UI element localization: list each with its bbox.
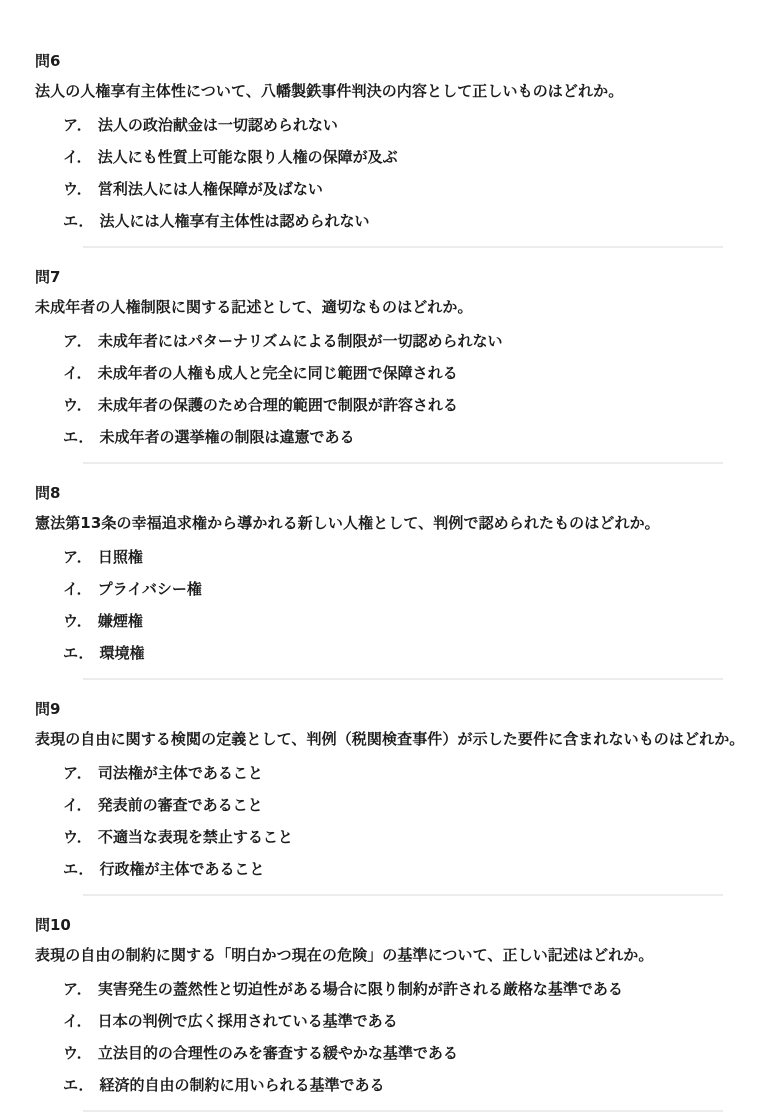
option-text: 未成年者の保護のため合理的範囲で制限が許容される	[98, 394, 458, 416]
option-item: エ． 未成年者の選挙権の制限は違憲である	[63, 426, 752, 448]
option-text: プライバシー権	[98, 578, 202, 600]
option-marker: エ．	[63, 210, 93, 232]
question-number: 問10	[35, 914, 752, 936]
option-marker: イ．	[63, 362, 92, 384]
option-item: ウ． 営利法人には人権保障が及ばない	[63, 178, 752, 200]
option-item: ウ． 立法目的の合理性のみを審査する緩やかな基準である	[63, 1042, 752, 1064]
option-item: ア． 法人の政治献金は一切認められない	[63, 114, 752, 136]
option-text: 実害発生の蓋然性と切迫性がある場合に限り制約が許される厳格な基準である	[98, 978, 623, 1000]
option-text: 日照権	[98, 546, 143, 568]
option-item: イ． 未成年者の人権も成人と完全に同じ範囲で保障される	[63, 362, 752, 384]
option-item: エ． 経済的自由の制約に用いられる基準である	[63, 1074, 752, 1096]
question-text: 未成年者の人権制限に関する記述として、適切なものはどれか。	[35, 296, 752, 318]
option-text: 嫌煙権	[98, 610, 143, 632]
option-marker: エ．	[63, 858, 93, 880]
option-text: 営利法人には人権保障が及ばない	[98, 178, 323, 200]
option-marker: ア．	[63, 114, 92, 136]
option-marker: ア．	[63, 330, 92, 352]
option-text: 未成年者の選挙権の制限は違憲である	[99, 426, 354, 448]
option-text: 未成年者にはパターナリズムによる制限が一切認められない	[98, 330, 503, 352]
option-text: 法人の政治献金は一切認められない	[98, 114, 338, 136]
options-list: ア． 法人の政治献金は一切認められない イ． 法人にも性質上可能な限り人権の保障…	[35, 114, 752, 232]
option-item: ウ． 不適当な表現を禁止すること	[63, 826, 752, 848]
option-marker: エ．	[63, 1074, 93, 1096]
option-item: イ． 法人にも性質上可能な限り人権の保障が及ぶ	[63, 146, 752, 168]
option-marker: ウ．	[63, 610, 92, 632]
option-marker: ア．	[63, 546, 92, 568]
option-text: 不適当な表現を禁止すること	[98, 826, 293, 848]
option-marker: ア．	[63, 978, 92, 1000]
option-text: 日本の判例で広く採用されている基準である	[98, 1010, 398, 1032]
quiz-document-page: 問6 法人の人権享有主体性について、八幡製鉄事件判決の内容として正しいものはどれ…	[0, 0, 760, 1112]
option-marker: ア．	[63, 762, 92, 784]
options-list: ア． 司法権が主体であること イ． 発表前の審査であること ウ． 不適当な表現を…	[35, 762, 752, 880]
options-list: ア． 実害発生の蓋然性と切迫性がある場合に限り制約が許される厳格な基準である イ…	[35, 978, 752, 1096]
question-block-9: 問9 表現の自由に関する検閲の定義として、判例（税関検査事件）が示した要件に含ま…	[35, 680, 752, 896]
question-number: 問7	[35, 266, 752, 288]
option-marker: エ．	[63, 642, 93, 664]
option-item: ウ． 嫌煙権	[63, 610, 752, 632]
question-number: 問8	[35, 482, 752, 504]
question-number: 問6	[35, 50, 752, 72]
option-text: 発表前の審査であること	[98, 794, 263, 816]
question-block-7: 問7 未成年者の人権制限に関する記述として、適切なものはどれか。 ア． 未成年者…	[35, 248, 752, 464]
option-text: 環境権	[99, 642, 144, 664]
option-text: 行政権が主体であること	[99, 858, 264, 880]
option-text: 未成年者の人権も成人と完全に同じ範囲で保障される	[98, 362, 458, 384]
option-item: ア． 日照権	[63, 546, 752, 568]
option-marker: エ．	[63, 426, 93, 448]
option-item: エ． 行政権が主体であること	[63, 858, 752, 880]
options-list: ア． 未成年者にはパターナリズムによる制限が一切認められない イ． 未成年者の人…	[35, 330, 752, 448]
question-block-6: 問6 法人の人権享有主体性について、八幡製鉄事件判決の内容として正しいものはどれ…	[35, 32, 752, 248]
option-text: 法人には人権享有主体性は認められない	[99, 210, 369, 232]
option-marker: ウ．	[63, 1042, 92, 1064]
question-text: 表現の自由の制約に関する「明白かつ現在の危険」の基準について、正しい記述はどれか…	[35, 944, 752, 966]
option-marker: イ．	[63, 1010, 92, 1032]
option-item: イ． 日本の判例で広く採用されている基準である	[63, 1010, 752, 1032]
option-text: 経済的自由の制約に用いられる基準である	[99, 1074, 384, 1096]
option-item: ウ． 未成年者の保護のため合理的範囲で制限が許容される	[63, 394, 752, 416]
option-item: ア． 司法権が主体であること	[63, 762, 752, 784]
option-marker: イ．	[63, 578, 92, 600]
option-marker: イ．	[63, 146, 92, 168]
option-item: エ． 環境権	[63, 642, 752, 664]
question-text: 法人の人権享有主体性について、八幡製鉄事件判決の内容として正しいものはどれか。	[35, 80, 752, 102]
option-item: ア． 未成年者にはパターナリズムによる制限が一切認められない	[63, 330, 752, 352]
question-text: 表現の自由に関する検閲の定義として、判例（税関検査事件）が示した要件に含まれない…	[35, 728, 752, 750]
option-text: 立法目的の合理性のみを審査する緩やかな基準である	[98, 1042, 458, 1064]
option-item: エ． 法人には人権享有主体性は認められない	[63, 210, 752, 232]
option-item: イ． プライバシー権	[63, 578, 752, 600]
option-marker: ウ．	[63, 826, 92, 848]
question-block-8: 問8 憲法第13条の幸福追求権から導かれる新しい人権として、判例で認められたもの…	[35, 464, 752, 680]
option-marker: ウ．	[63, 394, 92, 416]
option-item: イ． 発表前の審査であること	[63, 794, 752, 816]
option-marker: ウ．	[63, 178, 92, 200]
question-number: 問9	[35, 698, 752, 720]
option-text: 司法権が主体であること	[98, 762, 263, 784]
options-list: ア． 日照権 イ． プライバシー権 ウ． 嫌煙権 エ． 環境権	[35, 546, 752, 664]
option-marker: イ．	[63, 794, 92, 816]
question-text: 憲法第13条の幸福追求権から導かれる新しい人権として、判例で認められたものはどれ…	[35, 512, 752, 534]
option-item: ア． 実害発生の蓋然性と切迫性がある場合に限り制約が許される厳格な基準である	[63, 978, 752, 1000]
option-text: 法人にも性質上可能な限り人権の保障が及ぶ	[98, 146, 398, 168]
